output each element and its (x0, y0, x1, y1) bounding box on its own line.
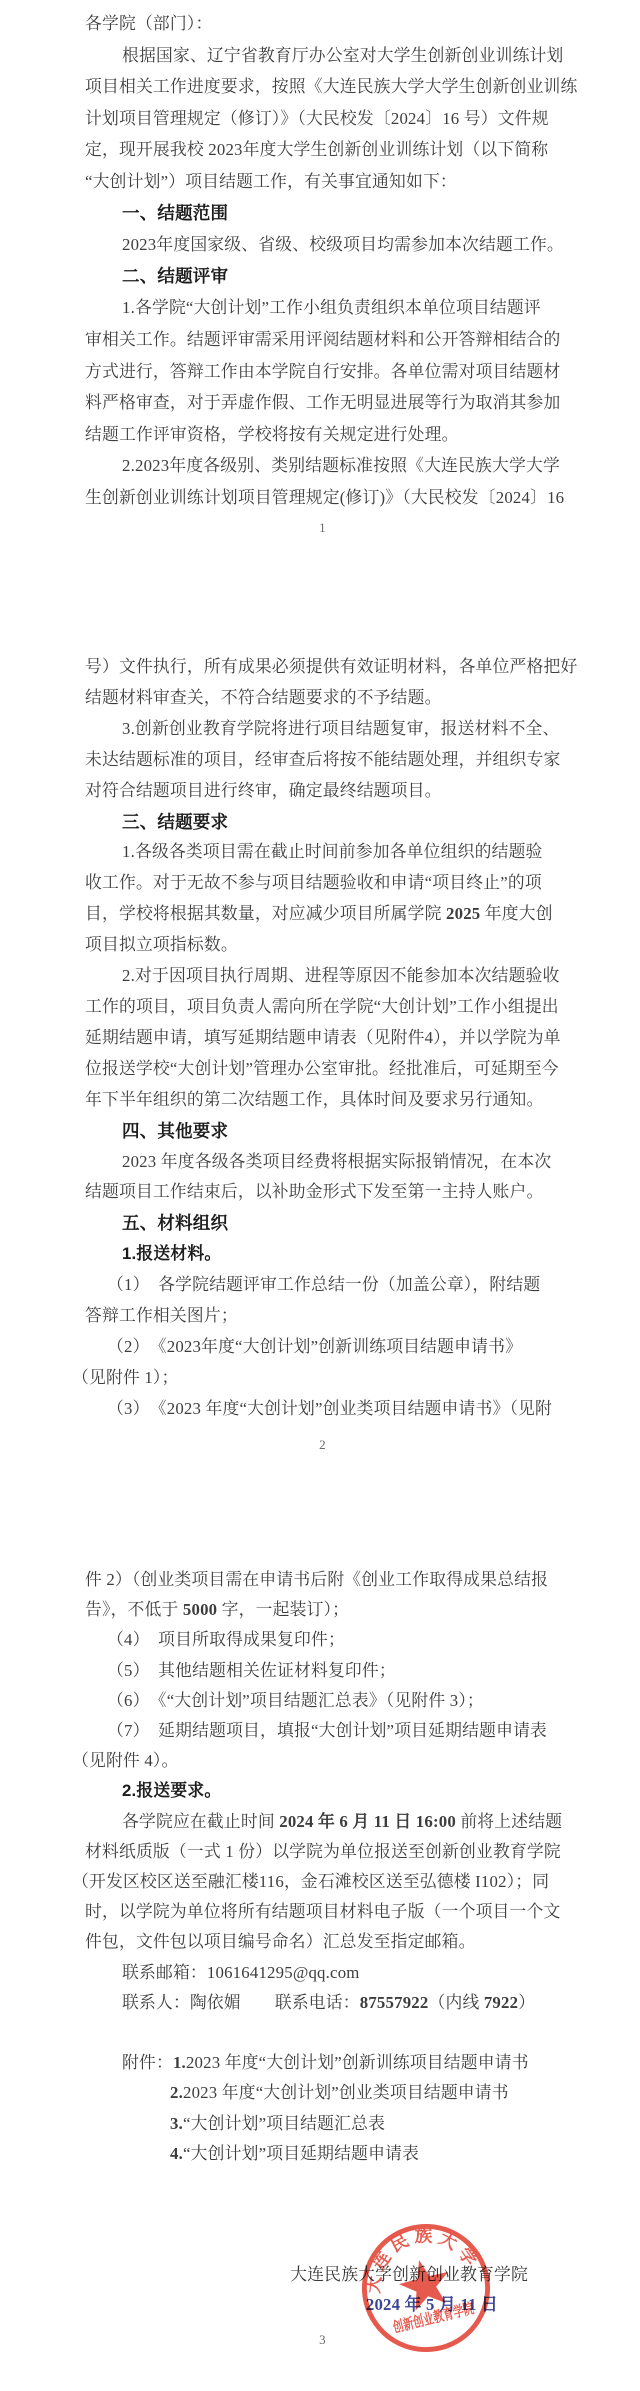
text-line: 生创新创业训练计划项目管理规定(修订)》（大民校发〔2024〕16 (85, 482, 560, 514)
text-line: 结题工作评审资格，学校将按有关规定进行处理。 (85, 419, 560, 451)
page-number: 3 (85, 2325, 560, 2355)
text-line: 2.2023年度各级别、类别结题标准按照《大连民族大学大学 (85, 450, 560, 482)
emphasis-text: 4. (170, 2144, 183, 2163)
blank-line (85, 2229, 560, 2259)
plain-text: 2023 年度“大创计划”创业类项目结题申请书 (183, 2083, 509, 2102)
text-line: 件 2）（创业类项目需在申请书后附《创业工作取得成果总结报 (85, 1565, 560, 1595)
text-line: 时，以学院为单位将所有结题项目材料电子版（一个项目一个文 (85, 1897, 560, 1927)
text-line: 定，现开展我校 2023年度大学生创新创业训练计划（以下简称 (85, 134, 560, 166)
text-line: 收工作。对于无故不参与项目结题验收和申请“项目终止”的项 (85, 868, 560, 899)
text-line: 2023年度国家级、省级、校级项目均需参加本次结题工作。 (85, 229, 560, 261)
text-line: 计划项目管理规定（修订）》（大民校发〔2024〕16 号）文件规 (85, 103, 560, 135)
plain-text: 2023 年度“大创计划”创新训练项目结题申请书 (186, 2053, 529, 2072)
bold-subheading: 1.报送材料。 (85, 1239, 560, 1270)
notice-document: 各学院（部门）：根据国家、辽宁省教育厅办公室对大学生创新创业训练计划项目相关工作… (0, 0, 640, 2391)
text-line: 3.创新创业教育学院将进行项目结题复审，报送材料不全、 (85, 714, 560, 745)
bold-subheading: 2.报送要求。 (85, 1776, 560, 1806)
page-1: 各学院（部门）：根据国家、辽宁省教育厅办公室对大学生创新创业训练计划项目相关工作… (0, 8, 640, 537)
section-heading: 一、结题范围 (85, 198, 560, 230)
text-line: 答辩工作相关图片； (85, 1301, 560, 1332)
text-line: 结题材料审查关，不符合结题要求的不予结题。 (85, 683, 560, 714)
text-line: （4） 项目所取得成果复印件； (85, 1625, 560, 1655)
text-line: （2） 《2023年度“大创计划”创新训练项目结题申请书》 (85, 1332, 560, 1363)
text-line: 各学院（部门）： (85, 8, 560, 40)
text-line: 延期结题申请，填写延期结题申请表（见附件4），并以学院为单 (85, 1023, 560, 1054)
text-line: “大创计划”）项目结题工作，有关事宜通知如下： (85, 166, 560, 198)
text-line: 方式进行，答辩工作由本学院自行安排。各单位需对项目结题材 (85, 356, 560, 388)
blank-line (85, 2018, 560, 2048)
signature-org: 大连民族大学创新创业教育学院 (85, 2260, 560, 2290)
text-line: （3） 《2023 年度“大创计划”创业类项目结题申请书》（见附 (85, 1394, 560, 1425)
plain-text: “大创计划”项目结题汇总表 (183, 2114, 385, 2133)
emphasis-text: 5000 (183, 1600, 217, 1619)
section-heading: 三、结题要求 (85, 807, 560, 838)
text-line: 结题项目工作结束后，以补助金形式下发至第一主持人账户。 (85, 1177, 560, 1208)
text-line: 未达结题标准的项目，经审查后将按不能结题处理，并组织专家 (85, 745, 560, 776)
text-line: 2.2023 年度“大创计划”创业类项目结题申请书 (170, 2078, 560, 2108)
text-line: 3.“大创计划”项目结题汇总表 (170, 2109, 560, 2139)
page-number: 2 (85, 1430, 560, 1461)
plain-text: 各学院应在截止时间 (122, 1812, 279, 1831)
plain-text: 告》，不低于 (85, 1600, 183, 1619)
text-line: 目，学校将根据其数量，对应减少项目所属学院 2025 年度大创 (85, 899, 560, 930)
emphasis-text: 3. (170, 2114, 183, 2133)
page-2: 号）文件执行，所有成果必须提供有效证明材料，各单位严格把好结题材料审查关，不符合… (0, 652, 640, 1461)
text-line: （7） 延期结题项目，填报“大创计划”项目延期结题申请表 (85, 1716, 560, 1746)
blank-line (85, 2199, 560, 2229)
text-line: （见附件 1）； (72, 1363, 560, 1394)
emphasis-text: 2. (170, 2083, 183, 2102)
text-line: 联系邮箱：1061641295@qq.com (85, 1958, 560, 1988)
text-line: （1） 各学院结题评审工作总结一份（加盖公章），附结题 (85, 1270, 560, 1301)
text-line: （6） 《“大创计划”项目结题汇总表》（见附件 3）； (85, 1686, 560, 1716)
page-3: 件 2）（创业类项目需在申请书后附《创业工作取得成果总结报告》，不低于 5000… (0, 1565, 640, 2355)
text-line: 工作的项目，项目负责人需向所在学院“大创计划”工作小组提出 (85, 992, 560, 1023)
text-line: 4.“大创计划”项目延期结题申请表 (170, 2139, 560, 2169)
text-line: 联系人：陶依媚 联系电话：87557922（内线 7922） (85, 1988, 560, 2018)
section-heading: 五、材料组织 (85, 1208, 560, 1239)
plain-text: 字，一起装订）； (217, 1600, 349, 1619)
text-line: 对符合结题项目进行终审，确定最终结题项目。 (85, 776, 560, 807)
emphasis-text: 2024 年 6 月 11 日 16:00 (279, 1812, 456, 1831)
text-line: 告》，不低于 5000 字，一起装订）； (85, 1595, 560, 1625)
blank-line (85, 2169, 560, 2199)
text-line: 料严格审查，对于弄虚作假、工作无明显进展等行为取消其参加 (85, 387, 560, 419)
emphasis-text: 7922 (484, 1993, 518, 2012)
text-line: 项目相关工作进度要求，按照《大连民族大学大学生创新创业训练 (85, 71, 560, 103)
plain-text: 目，学校将根据其数量，对应减少项目所属学院 (85, 904, 446, 923)
text-line: 项目拟立项指标数。 (85, 930, 560, 961)
emphasis-text: 87557922 (360, 1993, 429, 2012)
text-line: 附件：1.2023 年度“大创计划”创新训练项目结题申请书 (85, 2048, 560, 2078)
page-number: 1 (85, 519, 560, 537)
text-line: （开发区校区送至融汇楼116，金石滩校区送至弘德楼 I102）；同 (72, 1867, 560, 1897)
text-line: 年下半年组织的第二次结题工作，具体时间及要求另行通知。 (85, 1085, 560, 1116)
emphasis-text: 1. (173, 2053, 186, 2072)
text-line: 号）文件执行，所有成果必须提供有效证明材料，各单位严格把好 (85, 652, 560, 683)
text-line: 件包，文件包以项目编号命名）汇总发至指定邮箱。 (85, 1927, 560, 1957)
text-line: 2023 年度各级各类项目经费将根据实际报销情况，在本次 (85, 1147, 560, 1178)
section-heading: 四、其他要求 (85, 1116, 560, 1147)
text-line: （见附件 4）。 (72, 1746, 560, 1776)
section-heading: 二、结题评审 (85, 261, 560, 293)
text-line: （5） 其他结题相关佐证材料复印件； (85, 1656, 560, 1686)
text-line: 根据国家、辽宁省教育厅办公室对大学生创新创业训练计划 (85, 40, 560, 72)
emphasis-text: 2025 (446, 904, 480, 923)
text-line: 2.对于因项目执行周期、进程等原因不能参加本次结题验收 (85, 961, 560, 992)
text-line: 1.各级各类项目需在截止时间前参加各单位组织的结题验 (85, 837, 560, 868)
text-line: 审相关工作。结题评审需采用评阅结题材料和公开答辩相结合的 (85, 324, 560, 356)
plain-text: （内线 (428, 1993, 483, 2012)
text-line: 各学院应在截止时间 2024 年 6 月 11 日 16:00 前将上述结题 (85, 1807, 560, 1837)
text-line: 位报送学校“大创计划”管理办公室审批。经批准后，可延期至今 (85, 1054, 560, 1085)
plain-text: “大创计划”项目延期结题申请表 (183, 2144, 419, 2163)
text-line: 1.各学院“大创计划”工作小组负责组织本单位项目结题评 (85, 292, 560, 324)
signature-date: 2024 年 5 月 11 日 (85, 2290, 560, 2320)
text-line: 材料纸质版（一式 1 份）以学院为单位报送至创新创业教育学院 (85, 1837, 560, 1867)
plain-text: 联系人：陶依媚 联系电话： (122, 1993, 360, 2012)
plain-text: ） (518, 1993, 535, 2012)
plain-text: 前将上述结题 (456, 1812, 562, 1831)
plain-text: 年度大创 (480, 904, 552, 923)
plain-text: 附件： (122, 2053, 173, 2072)
